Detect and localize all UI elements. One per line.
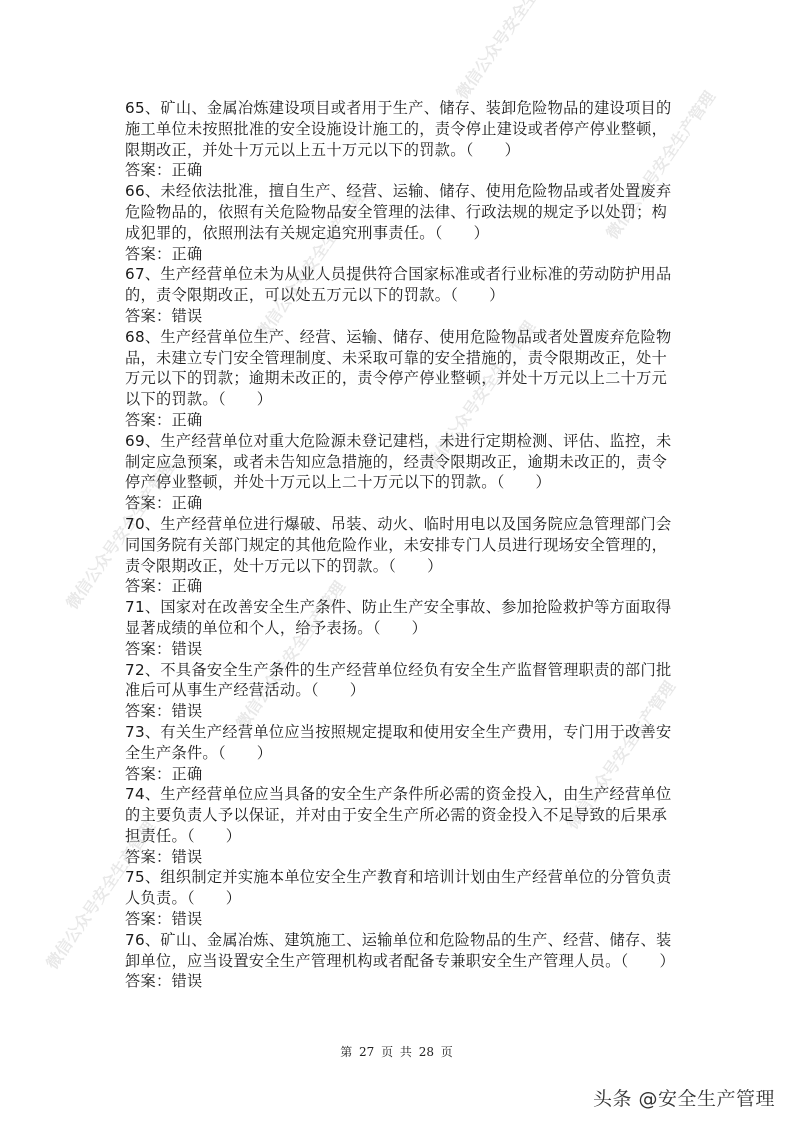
question-text: 67、生产经营单位未为从业人员提供符合国家标准或者行业标准的劳动防护用品的，责令… xyxy=(125,264,673,306)
question-item: 67、生产经营单位未为从业人员提供符合国家标准或者行业标准的劳动防护用品的，责令… xyxy=(125,264,673,326)
answer-text: 答案：正确 xyxy=(125,764,673,785)
question-text: 76、矿山、金属冶炼、建筑施工、运输单位和危险物品的生产、经营、储存、装卸单位，… xyxy=(125,930,673,972)
question-item: 65、矿山、金属冶炼建设项目或者用于生产、储存、装卸危险物品的建设项目的施工单位… xyxy=(125,98,673,181)
question-text: 65、矿山、金属冶炼建设项目或者用于生产、储存、装卸危险物品的建设项目的施工单位… xyxy=(125,98,673,160)
question-text: 66、未经依法批准，擅自生产、经营、运输、储存、使用危险物品或者处置废弃危险物品… xyxy=(125,181,673,243)
question-item: 72、不具备安全生产条件的生产经营单位经负有安全生产监督管理职责的部门批准后可从… xyxy=(125,660,673,722)
question-text: 69、生产经营单位对重大危险源未登记建档，未进行定期检测、评估、监控，未制定应急… xyxy=(125,431,673,493)
question-text: 68、生产经营单位生产、经营、运输、储存、使用危险物品或者处置废弃危险物品，未建… xyxy=(125,327,673,410)
question-item: 75、组织制定并实施本单位安全生产教育和培训计划由生产经营单位的分管负责人负责。… xyxy=(125,867,673,929)
answer-text: 答案：错误 xyxy=(125,306,673,327)
answer-text: 答案：错误 xyxy=(125,909,673,930)
answer-text: 答案：错误 xyxy=(125,971,673,992)
answer-text: 答案：正确 xyxy=(125,410,673,431)
question-list: 65、矿山、金属冶炼建设项目或者用于生产、储存、装卸危险物品的建设项目的施工单位… xyxy=(125,98,673,992)
question-item: 66、未经依法批准，擅自生产、经营、运输、储存、使用危险物品或者处置废弃危险物品… xyxy=(125,181,673,264)
answer-text: 答案：错误 xyxy=(125,847,673,868)
answer-text: 答案：正确 xyxy=(125,244,673,265)
answer-text: 答案：错误 xyxy=(125,639,673,660)
answer-text: 答案：正确 xyxy=(125,493,673,514)
question-item: 71、国家对在改善安全生产条件、防止生产安全事故、参加抢险救护等方面取得显著成绩… xyxy=(125,597,673,659)
question-text: 72、不具备安全生产条件的生产经营单位经负有安全生产监督管理职责的部门批准后可从… xyxy=(125,660,673,702)
question-text: 73、有关生产经营单位应当按照规定提取和使用安全生产费用，专门用于改善安全生产条… xyxy=(125,722,673,764)
question-text: 71、国家对在改善安全生产条件、防止生产安全事故、参加抢险救护等方面取得显著成绩… xyxy=(125,597,673,639)
question-text: 75、组织制定并实施本单位安全生产教育和培训计划由生产经营单位的分管负责人负责。… xyxy=(125,867,673,909)
question-text: 70、生产经营单位进行爆破、吊装、动火、临时用电以及国务院应急管理部门会同国务院… xyxy=(125,514,673,576)
question-item: 70、生产经营单位进行爆破、吊装、动火、临时用电以及国务院应急管理部门会同国务院… xyxy=(125,514,673,597)
question-item: 73、有关生产经营单位应当按照规定提取和使用安全生产费用，专门用于改善安全生产条… xyxy=(125,722,673,784)
answer-text: 答案：错误 xyxy=(125,701,673,722)
question-item: 76、矿山、金属冶炼、建筑施工、运输单位和危险物品的生产、经营、储存、装卸单位，… xyxy=(125,930,673,992)
question-item: 68、生产经营单位生产、经营、运输、储存、使用危险物品或者处置废弃危险物品，未建… xyxy=(125,327,673,431)
answer-text: 答案：正确 xyxy=(125,160,673,181)
watermark: 微信公众号安全生产管理 xyxy=(450,0,570,103)
brand-watermark: 头条 @安全生产管理 xyxy=(593,1084,775,1111)
question-text: 74、生产经营单位应当具备的安全生产条件所必需的资金投入，由生产经营单位的主要负… xyxy=(125,784,673,846)
question-item: 74、生产经营单位应当具备的安全生产条件所必需的资金投入，由生产经营单位的主要负… xyxy=(125,784,673,867)
answer-text: 答案：正确 xyxy=(125,576,673,597)
page-indicator: 第 27 页 共 28 页 xyxy=(0,1043,793,1060)
question-item: 69、生产经营单位对重大危险源未登记建档，未进行定期检测、评估、监控，未制定应急… xyxy=(125,431,673,514)
